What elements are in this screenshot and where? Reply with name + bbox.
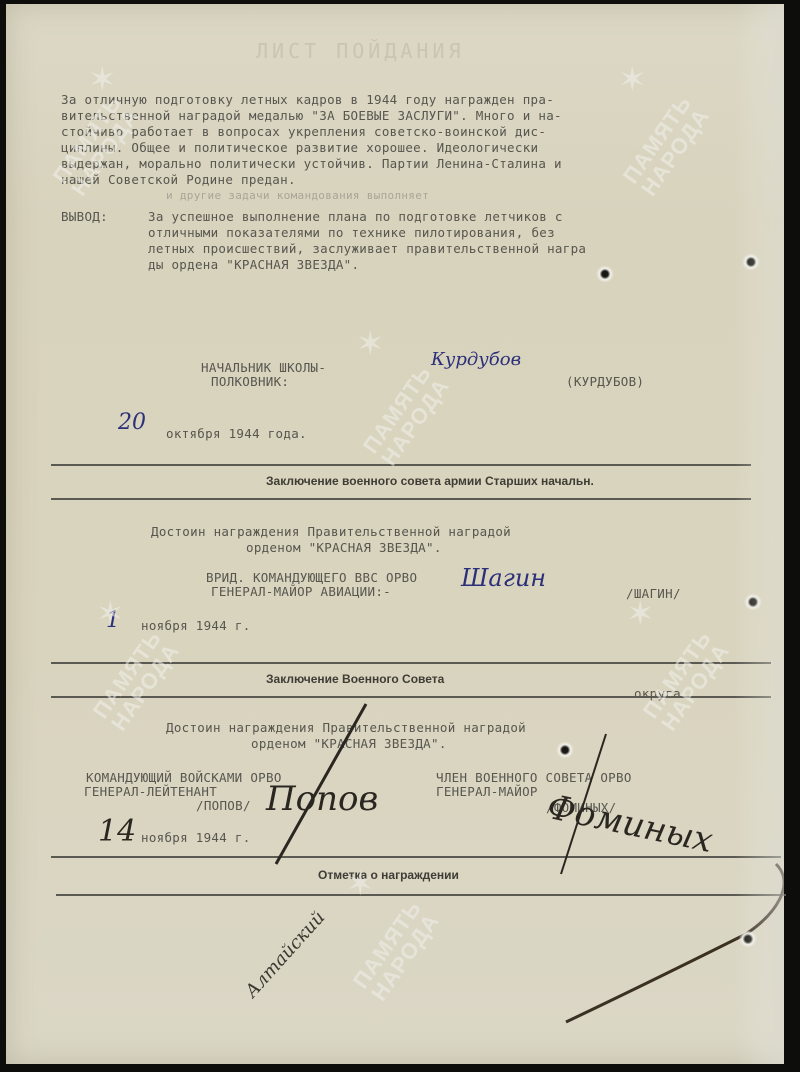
punch-hole xyxy=(739,931,757,947)
punch-hole xyxy=(744,594,762,610)
watermark-star-icon: ✶ xyxy=(618,60,647,100)
watermark-star-icon: ✶ xyxy=(356,324,385,364)
punch-hole xyxy=(556,742,574,758)
watermark-star-icon: ✶ xyxy=(96,594,125,634)
watermark-star-icon: ✶ xyxy=(626,594,655,634)
punch-hole xyxy=(742,254,760,270)
watermark-star-icon: ✶ xyxy=(346,864,375,904)
punch-hole xyxy=(596,266,614,282)
document-page: ЛИСТ ПОЙДАНИЯ За отличную подготовку лет… xyxy=(6,4,784,1064)
